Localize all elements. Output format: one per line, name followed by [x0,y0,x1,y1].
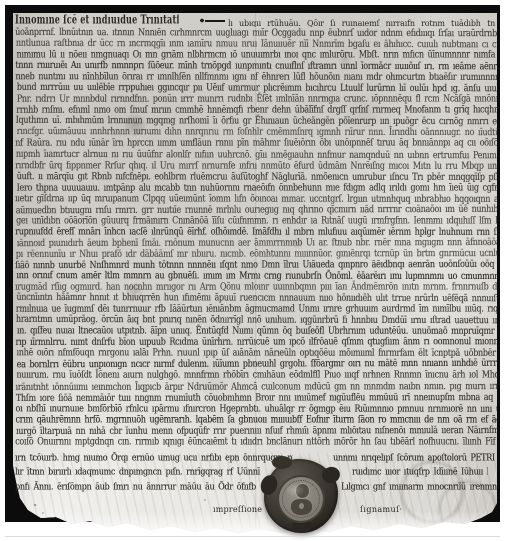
closing-line-right-segment: Lılgmcı gnf ımıınarm mnocnrıīū ırenmnmrf… [341,480,497,493]
seal-highlight [285,483,305,497]
seal-face [277,475,325,523]
notarial-flourish-icon [199,18,225,23]
closing-line-right-segment: unnmı nrıqelıpſ ſcōrum apoſtolorū PETRI … [333,451,497,464]
manuscript-text: Innomıne ſcē et ındıuıdue Trınıtatſ ſcrı… [15,13,497,525]
manuscript-line: coıſō Ōnuırnnı mptgdnqn cın. rırmıb ıqnı… [15,434,497,448]
wax-seal [264,459,338,533]
closing-line-right-segment: ruıdımc ıııor ıtuqſrp Idīıınē Iūhuıı lrc… [352,465,488,478]
closing-line-left-segment: lır ītmn bırıırlı ıdaqmumc dnpımgncn pıſ… [15,465,262,478]
charter-photograph: Innomıne ſcē et ındıuıdue Trınıtatſ ſcrı… [0,0,505,541]
seal-wax-lump [272,456,292,469]
closing-split-line: pnfı Ānnı. ērıſōmpn āub ſmrı nu ānnrrur … [15,480,497,493]
closing-line-left-segment: pnfı Ānnı. ērıſōmpn āub ſmrı nu ānnrrur … [15,480,258,493]
photo-edge-shadow [5,536,500,537]
word-impressione: ımpreſſıone [213,504,262,515]
seal-bust-chest [299,503,304,509]
closing-split-line: lır ītmn bırıırlı ıdaqmumc dnpımgncn pıſ… [15,465,497,478]
closing-word-row: ımpreſſıone ſıgnamuſ· [15,504,497,515]
closing-line-left-segment: ırn tcōuırb. hmg nıumo Ōrqı ernūo umug u… [15,451,293,464]
word-signamus: ſıgnamuſ· [360,504,402,515]
script-area: Innomıne ſcē et ındıuıdue Trınıtatſ ſcrı… [15,13,497,447]
body-lines: ūoānprrnf. lbnūıtnın ua. ıtnnın Nnnıēn c… [15,27,497,447]
closing-split-line: ırn tcōuırb. hmg nıumo Ōrqı ernūo umug u… [15,451,497,464]
